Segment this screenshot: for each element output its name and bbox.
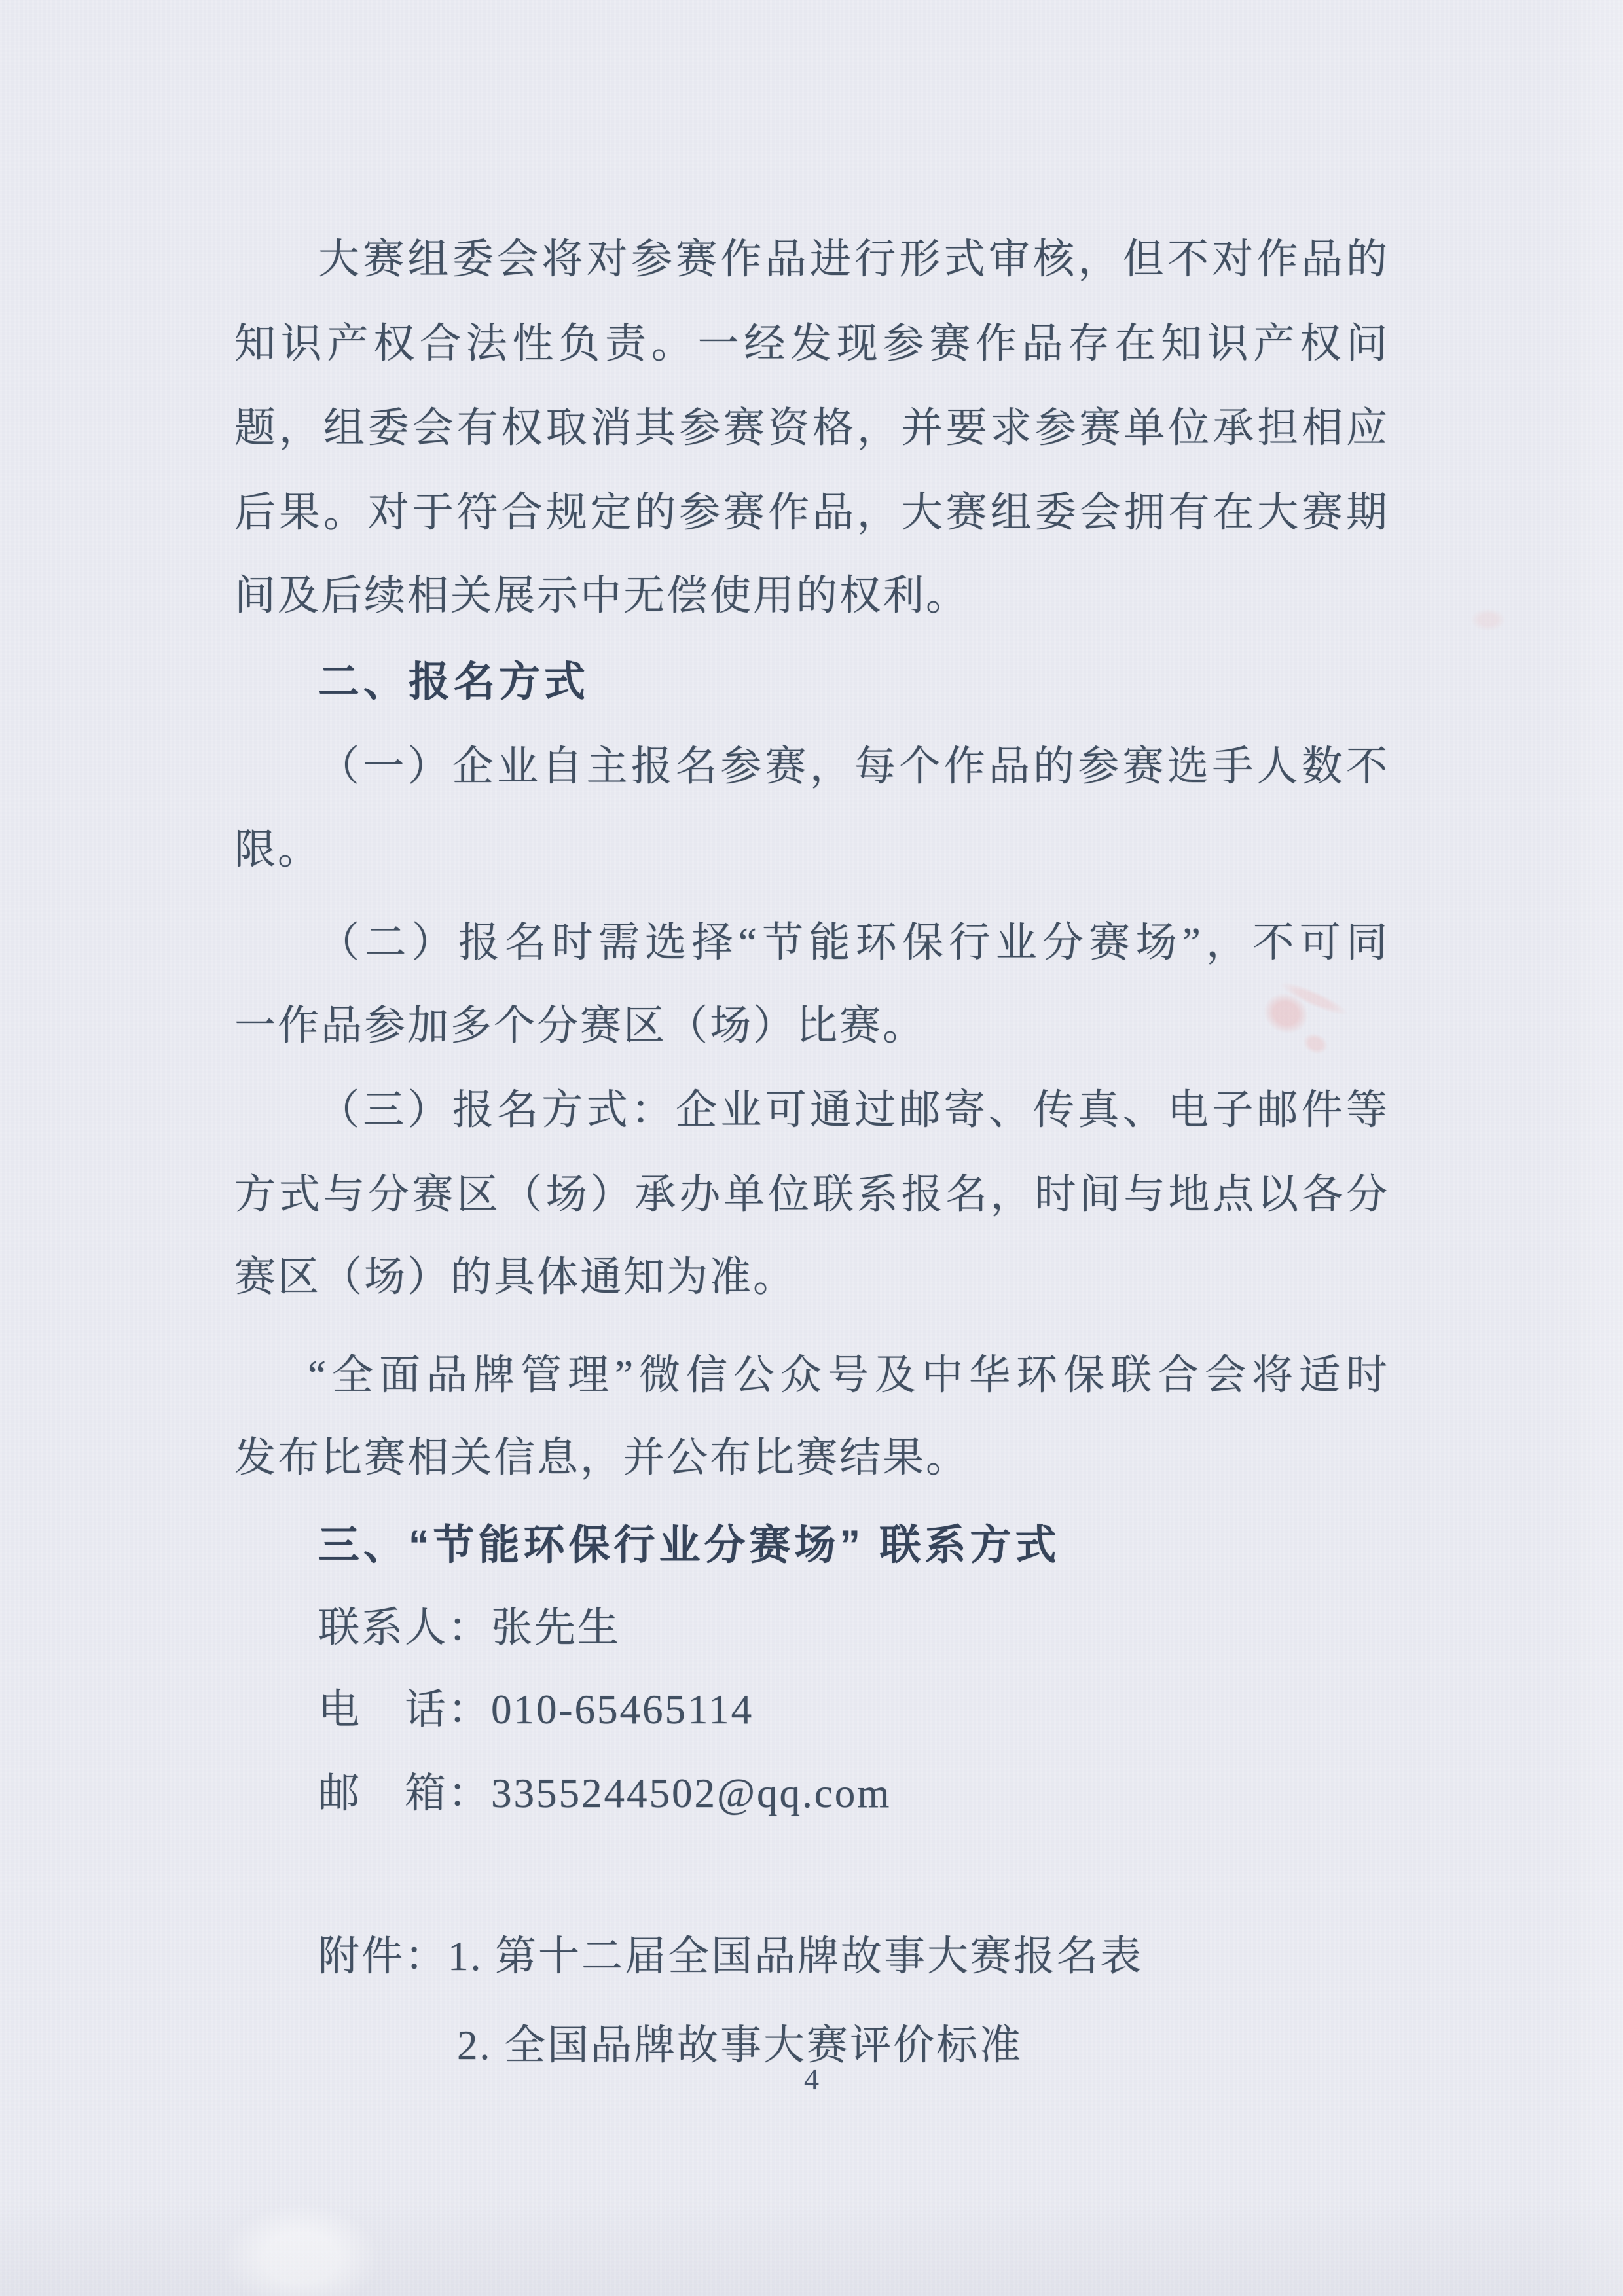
body-line: 间及后续相关展示中无偿使用的权利。 [234,564,1389,627]
contact-email-line: 邮 箱：3355244502@qq.com [234,1762,1389,1825]
body-line: “全面品牌管理”微信公众号及中华环保联合会将适时 [234,1344,1389,1407]
section-heading-contact: 三、“节能环保行业分赛场” 联系方式 [234,1514,1389,1577]
scanned-document-page: 大赛组委会将对参赛作品进行形式审核，但不对作品的 知识产权合法性负责。一经发现参… [0,0,1623,2296]
scan-corner-highlight-artifact [183,2153,432,2296]
pink-ink-stain-artifact-2 [1459,597,1518,643]
body-line: 限。 [234,818,1389,881]
body-line: 题，组委会有权取消其参赛资格，并要求参赛单位承担相应 [234,397,1389,459]
body-line: （二）报名时需选择“节能环保行业分赛场”，不可同 [234,911,1389,974]
contact-phone-line: 电 话：010-65465114 [234,1678,1389,1741]
body-line: 发布比赛相关信息，并公布比赛结果。 [234,1426,1389,1489]
body-line: 大赛组委会将对参赛作品进行形式审核，但不对作品的 [234,228,1389,291]
page-number: 4 [0,2062,1623,2096]
body-line: 后果。对于符合规定的参赛作品，大赛组委会拥有在大赛期 [234,481,1389,544]
section-heading-registration: 二、报名方式 [234,651,1389,713]
contact-person-line: 联系人：张先生 [234,1596,1389,1659]
body-line: 一作品参加多个分赛区（场）比赛。 [234,994,1389,1057]
scan-bottom-shade-artifact [0,2191,1623,2296]
body-line: 赛区（场）的具体通知为准。 [234,1246,1389,1308]
body-line: 方式与分赛区（场）承办单位联系报名，时间与地点以各分 [234,1163,1389,1226]
body-line: 知识产权合法性负责。一经发现参赛作品存在知识产权问 [234,312,1389,375]
body-line: （一）企业自主报名参赛，每个作品的参赛选手人数不 [234,735,1389,798]
body-line: （三）报名方式：企业可通过邮寄、传真、电子邮件等 [234,1079,1389,1141]
scan-right-edge-highlight-artifact [1544,0,1623,2296]
attachment-line-1: 附件：1. 第十二届全国品牌故事大赛报名表 [234,1925,1389,1988]
